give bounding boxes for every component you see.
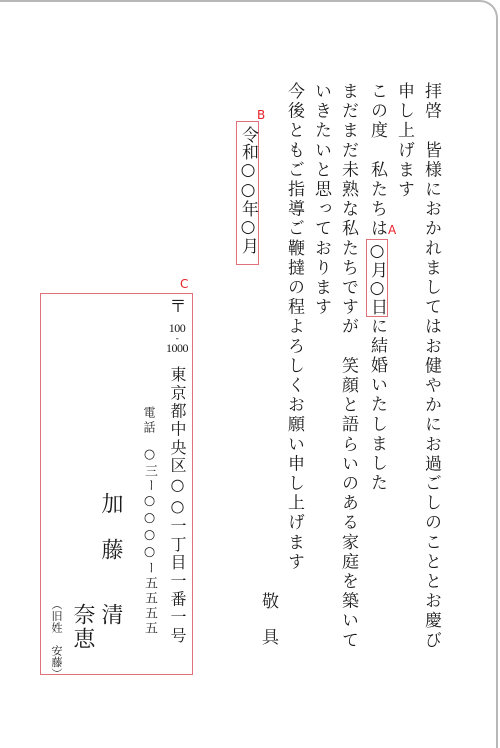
sender-address: 東京都中央区○○一丁目一番一号	[167, 366, 187, 645]
postal-mark: 〒	[166, 298, 190, 316]
wedding-date-value: ○月○日	[367, 241, 387, 315]
maiden-name-note: （旧姓 安藤）	[49, 599, 63, 680]
annotation-label-c: C	[180, 278, 188, 290]
body-line-5: いきたいと思っております	[311, 82, 331, 317]
letter-date-value: 令和○○年○月	[239, 126, 257, 254]
annotation-label-b: B	[257, 109, 265, 121]
wedding-date-box[interactable]: ○月○日	[366, 239, 388, 317]
letter-page: 拝啓 皆様におかれましてはお健やかにお過ごしのこととお慶び 申し上げます この度…	[0, 0, 498, 748]
closing-gu: 具	[258, 628, 278, 648]
phone-number: ○三ー○○○○ー五五五五	[141, 447, 157, 636]
closing-kei: 敬	[258, 592, 278, 612]
annotation-label-a: A	[388, 224, 396, 236]
family-name: 加藤	[97, 492, 123, 584]
body-line-3-start: この度 私たちは	[367, 82, 387, 239]
letter-date-box[interactable]: 令和○○年○月	[236, 121, 259, 265]
body-line-3-end: に結婚いたしました	[367, 317, 387, 493]
body-line-3: この度 私たちは○月○日に結婚いたしました	[366, 82, 388, 493]
body-line-4: まだまだ未熟な私たちですが 笑顔と語らいのある家庭を築いて	[338, 82, 358, 650]
sender-block-box[interactable]: 〒 100 - 1000 東京都中央区○○一丁目一番一号 電話 ○三ー○○○○ー…	[40, 293, 193, 675]
body-line-2: 申し上げます	[394, 82, 414, 200]
given-name-wife: 奈恵	[69, 603, 95, 651]
body-line-6: 今後ともご指導ご鞭撻の程よろしくお願い申し上げます	[284, 82, 304, 572]
given-name-husband: 清	[97, 603, 123, 625]
body-line-1: 拝啓 皆様におかれましてはお健やかにお過ごしのこととお慶び	[421, 82, 441, 650]
phone-label: 電話	[141, 406, 157, 436]
postal-code-part2: 1000	[165, 342, 189, 355]
